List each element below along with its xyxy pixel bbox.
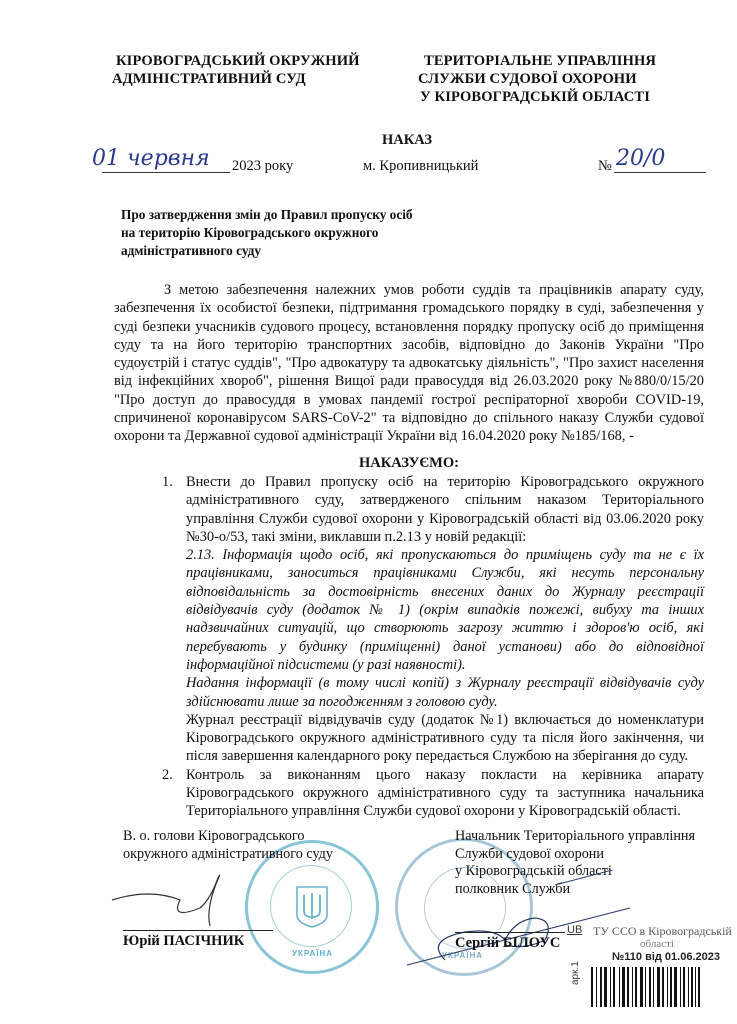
item-1-info-provision: Надання інформації (в тому числі копій) … [186, 674, 704, 711]
header-left-line-2: АДМІНІСТРАТИВНИЙ СУД [112, 70, 360, 88]
date-line: 01 червня 2023 року м. Кропивницький № 2… [90, 150, 710, 180]
subject-line-2: на територію Кіровоградського окружного [121, 224, 413, 242]
registration-org: ТУ ССО в Кіровоградській [593, 924, 732, 939]
header-right-line-2: СЛУЖБИ СУДОВОЇ ОХОРОНИ [418, 70, 656, 88]
right-signatory-position-1: Начальник Територіального управління [455, 828, 695, 846]
handwritten-number: 20/0 [616, 146, 665, 171]
item-1-journal: Журнал реєстрації відвідувачів суду (дод… [186, 711, 704, 766]
seal-country-text: УКРАЇНА [292, 949, 333, 958]
left-signatory-name: Юрій ПАСІЧНИК [123, 933, 244, 950]
date-underline [102, 172, 230, 173]
city: м. Кропивницький [363, 158, 478, 175]
header-right: ТЕРИТОРІАЛЬНЕ УПРАВЛІННЯ СЛУЖБИ СУДОВОЇ … [420, 52, 656, 106]
item-2-text: Контроль за виконанням цього наказу покл… [186, 766, 704, 821]
trident-icon [294, 885, 330, 929]
order-subject: Про затвердження змін до Правил пропуску… [121, 206, 413, 260]
left-signature-block: В. о. голови Кіровоградського окружного … [123, 828, 333, 863]
item-number: 2. [162, 766, 173, 784]
left-signatory-position-2: окружного адміністративного суду [123, 846, 333, 864]
number-underline [614, 172, 706, 173]
document-type: НАКАЗ [382, 132, 432, 149]
year: 2023 року [232, 158, 293, 175]
number-prefix: № [598, 158, 612, 175]
right-signatory-position-2: Служби судової охорони [455, 846, 695, 864]
preamble: З метою забезпечення належних умов робот… [114, 281, 704, 446]
registration-sheet: арк.1 [570, 961, 581, 985]
left-handwritten-signature [110, 870, 250, 930]
right-handwritten-signature [405, 870, 635, 970]
header-left: КІРОВОГРАДСЬКИЙ ОКРУЖНИЙ АДМІНІСТРАТИВНИ… [116, 52, 360, 88]
item-number: 1. [162, 473, 173, 491]
left-signature-line [123, 930, 273, 931]
item-1-text: Внести до Правил пропуску осіб на терито… [186, 473, 704, 546]
order-item-1: 1. Внести до Правил пропуску осіб на тер… [162, 473, 704, 766]
preamble-text: З метою забезпечення належних умов робот… [114, 281, 704, 446]
header-left-line-1: КІРОВОГРАДСЬКИЙ ОКРУЖНИЙ [116, 52, 360, 70]
order-item-2: 2. Контроль за виконанням цього наказу п… [162, 766, 704, 821]
header-right-line-1: ТЕРИТОРІАЛЬНЕ УПРАВЛІННЯ [424, 52, 656, 70]
order-items: 1. Внести до Правил пропуску осіб на тер… [162, 473, 704, 821]
registration-barcode [591, 967, 721, 1007]
registration-org-line-2: області [640, 938, 674, 950]
left-signatory-position-1: В. о. голови Кіровоградського [123, 828, 333, 846]
handwritten-date: 01 червня [92, 146, 210, 171]
subject-line-3: адміністративного суду [121, 242, 413, 260]
header-right-line-3: У КІРОВОГРАДСЬКІЙ ОБЛАСТІ [420, 88, 656, 106]
registration-number-date: №110 від 01.06.2023 [612, 951, 720, 963]
subject-line-1: Про затвердження змін до Правил пропуску… [121, 206, 413, 224]
decree-heading: НАКАЗУЄМО: [114, 455, 704, 472]
item-1-clause-2-13: 2.13. Інформація щодо осіб, які пропуска… [186, 546, 704, 674]
right-signatory-name: Сергій БІЛОУС [455, 935, 560, 952]
right-signature-line [455, 932, 565, 933]
registration-code: UB [567, 924, 582, 936]
